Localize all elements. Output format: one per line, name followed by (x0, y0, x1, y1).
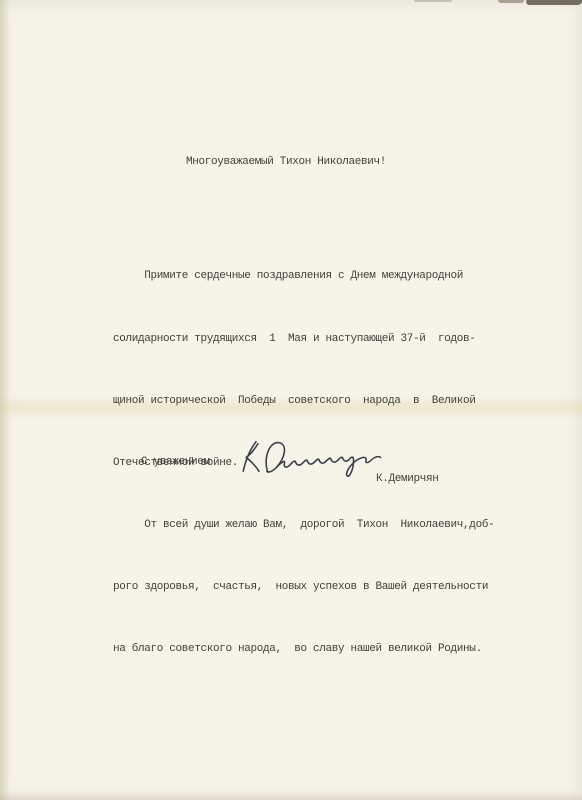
body-line: солидарности трудящихся 1 Мая и наступаю… (113, 329, 494, 350)
salutation: Многоуважаемый Тихон Николаевич! (186, 152, 386, 173)
typed-signature-name: К.Демирчян (376, 469, 439, 490)
body-line: щиной исторической Победы советского нар… (113, 391, 494, 412)
signature-ink-strokes (230, 427, 388, 481)
body-line: на благо советского народа, во славу наш… (113, 639, 494, 660)
body-line: рого здоровья, счастья, новых успехов в … (113, 577, 494, 598)
body-line: Примите сердечные поздравления с Днем ме… (113, 266, 494, 287)
closing-phrase: С уважением (141, 452, 210, 473)
letter-page: Многоуважаемый Тихон Николаевич! Примите… (0, 0, 582, 800)
photo-edge-mark (525, 0, 582, 5)
photo-edge-mark (498, 0, 524, 3)
body-line: От всей души желаю Вам, дорогой Тихон Ни… (113, 515, 494, 536)
paper-bottom-edge-shading (0, 792, 582, 800)
photo-edge-mark (414, 0, 452, 2)
handwritten-signature (230, 427, 388, 481)
